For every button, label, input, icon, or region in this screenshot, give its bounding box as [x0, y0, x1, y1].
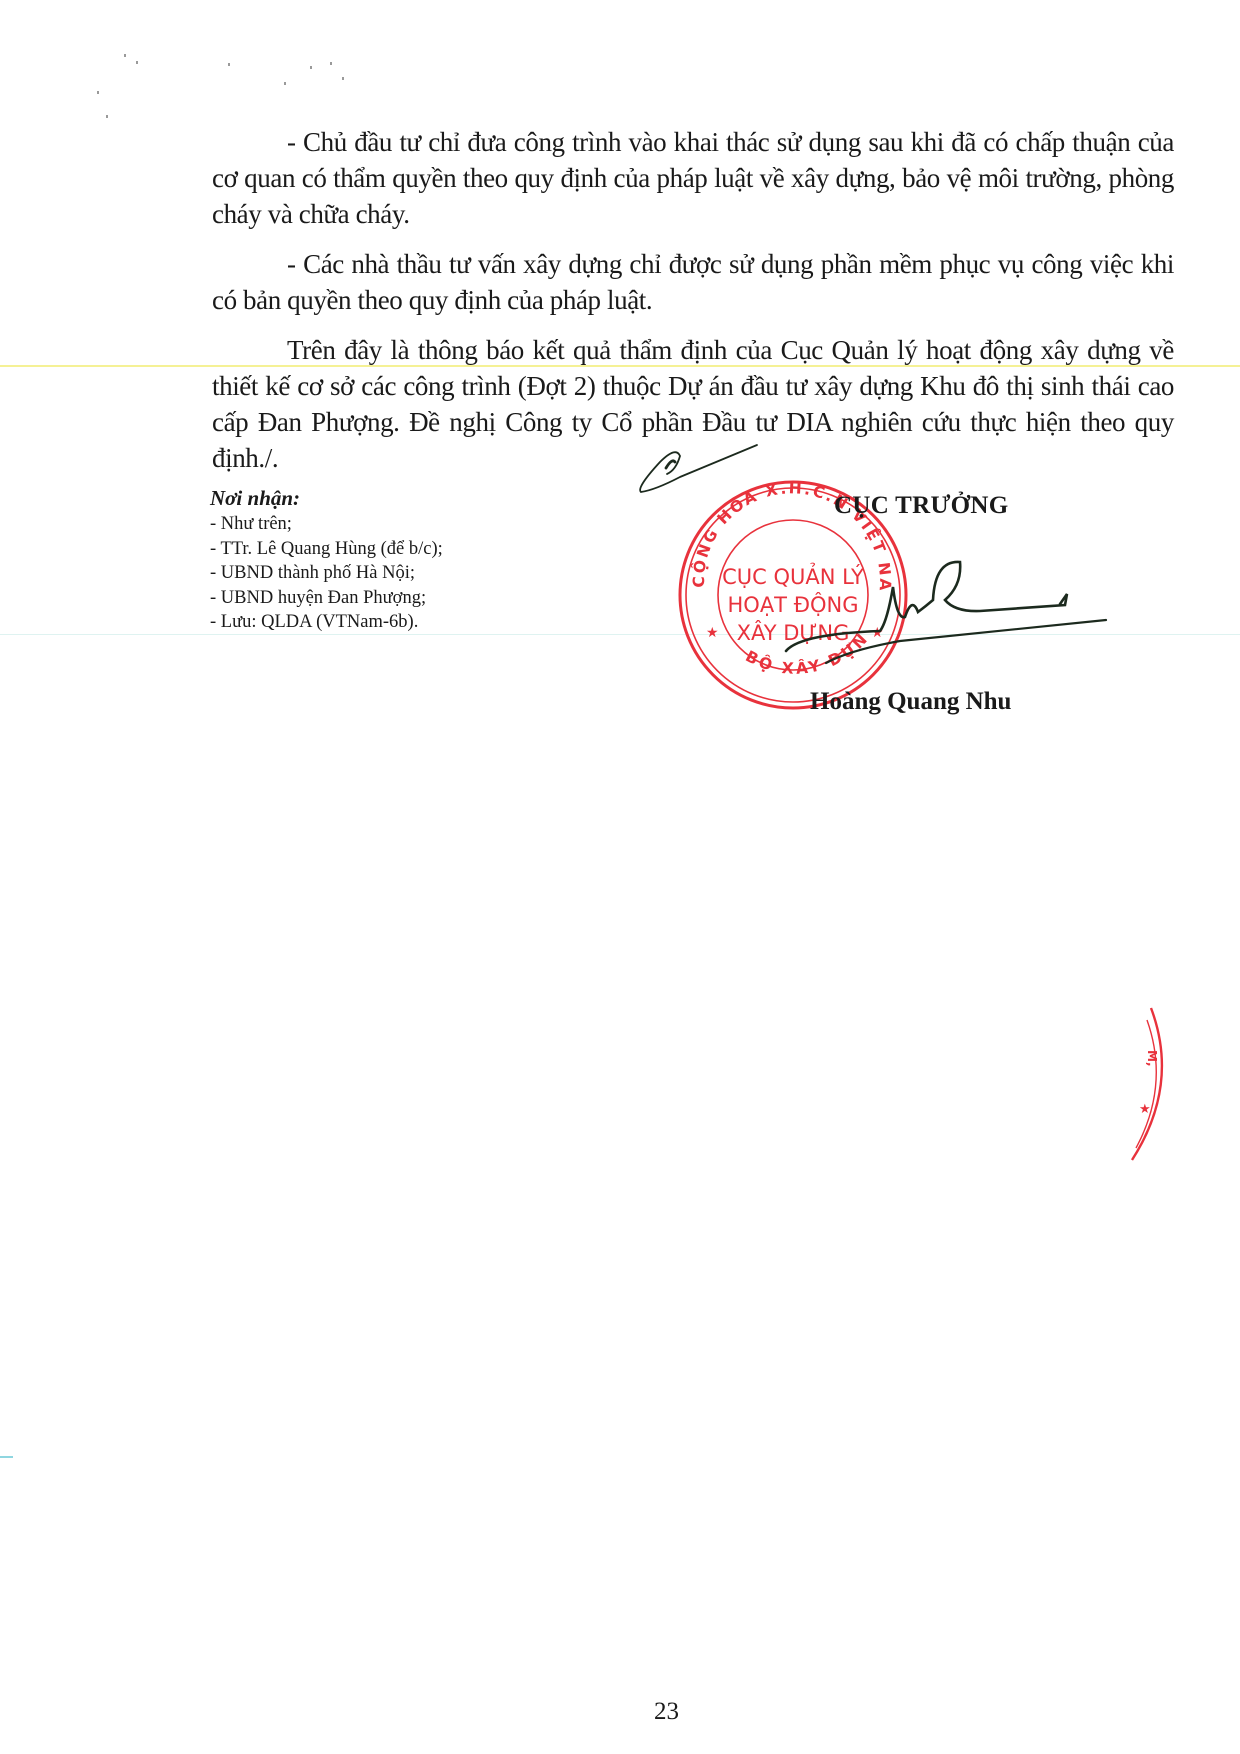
page-number: 23 — [654, 1698, 679, 1726]
signature-strokes — [0, 0, 1240, 1754]
main-signature-icon — [786, 562, 1106, 663]
document-page: - Chủ đầu tư chỉ đưa công trình vào khai… — [0, 0, 1240, 1754]
signer-name: Hoàng Quang Nhu — [810, 688, 1011, 716]
initial-signature-icon — [640, 445, 757, 492]
